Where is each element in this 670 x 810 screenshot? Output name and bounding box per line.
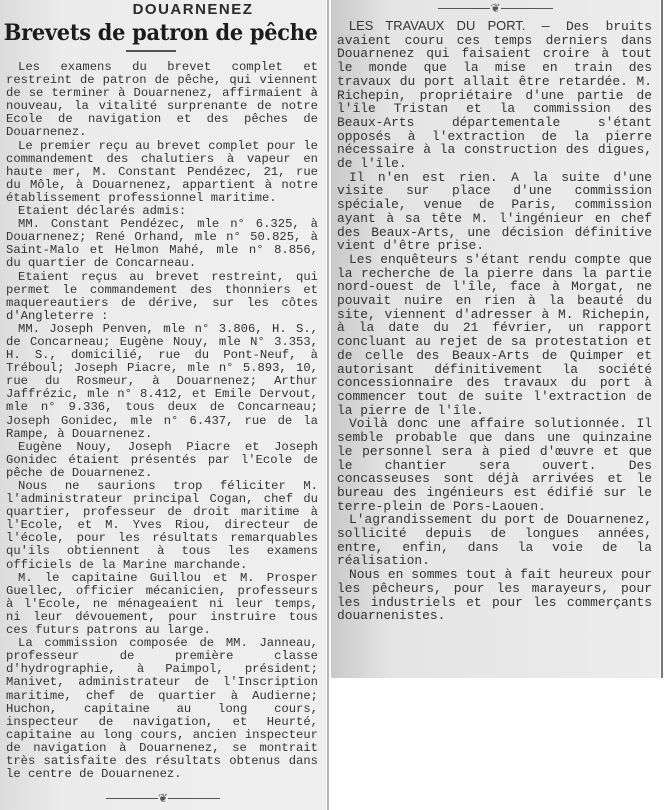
paragraph: L'agrandissement du port de Douarnenez, … bbox=[337, 513, 652, 568]
paragraph: M. le capitaine Guillou et M. Prosper Gu… bbox=[6, 572, 318, 637]
paragraph: Eugène Nouy, Joseph Piacre et Joseph Gon… bbox=[6, 441, 318, 480]
separator-ornament: ❦ bbox=[0, 791, 326, 805]
left-article-body: Les examens du brevet complet et restrei… bbox=[0, 61, 326, 781]
paragraph: Le premier reçu au brevet complet pour l… bbox=[6, 140, 318, 205]
paragraph: La commission composée de MM. Janneau, p… bbox=[6, 637, 318, 781]
paragraph: Il n'en est rien. A la suite d'une visit… bbox=[337, 171, 652, 253]
paragraph: LES TRAVAUX DU PORT. — Des bruits avaien… bbox=[337, 19, 652, 171]
dateline: DOUARNENEZ bbox=[0, 0, 326, 18]
paragraph: Nous ne saurions trop féliciter M. l'adm… bbox=[6, 480, 318, 572]
paragraph: Nous en sommes tout à fait heureux pour … bbox=[337, 568, 652, 623]
right-column: ❦ LES TRAVAUX DU PORT. — Des bruits avai… bbox=[331, 0, 660, 678]
section-lead: LES TRAVAUX DU PORT. bbox=[349, 18, 525, 33]
column-border bbox=[661, 0, 663, 678]
left-column: DOUARNENEZ Brevets de patron de pêche Le… bbox=[0, 0, 326, 810]
paragraph: Les enquêteurs s'étant rendu compte que … bbox=[337, 253, 652, 417]
paragraph: Les examens du brevet complet et restrei… bbox=[6, 61, 318, 140]
column-divider bbox=[327, 0, 329, 810]
right-article-body: LES TRAVAUX DU PORT. — Des bruits avaien… bbox=[331, 15, 660, 623]
separator-ornament: ❦ bbox=[331, 0, 660, 15]
headline: Brevets de patron de pêche bbox=[0, 20, 303, 46]
headline-rule bbox=[126, 50, 176, 52]
paragraph: MM. Constant Pendézec, mle n° 6.325, à D… bbox=[6, 218, 318, 270]
paragraph: Etaient reçus au brevet restreint, qui p… bbox=[6, 271, 318, 323]
paragraph: MM. Joseph Penven, mle n° 3.806, H. S., … bbox=[6, 323, 318, 441]
paragraph: Voilà donc une affaire solutionnée. Il s… bbox=[337, 417, 652, 513]
